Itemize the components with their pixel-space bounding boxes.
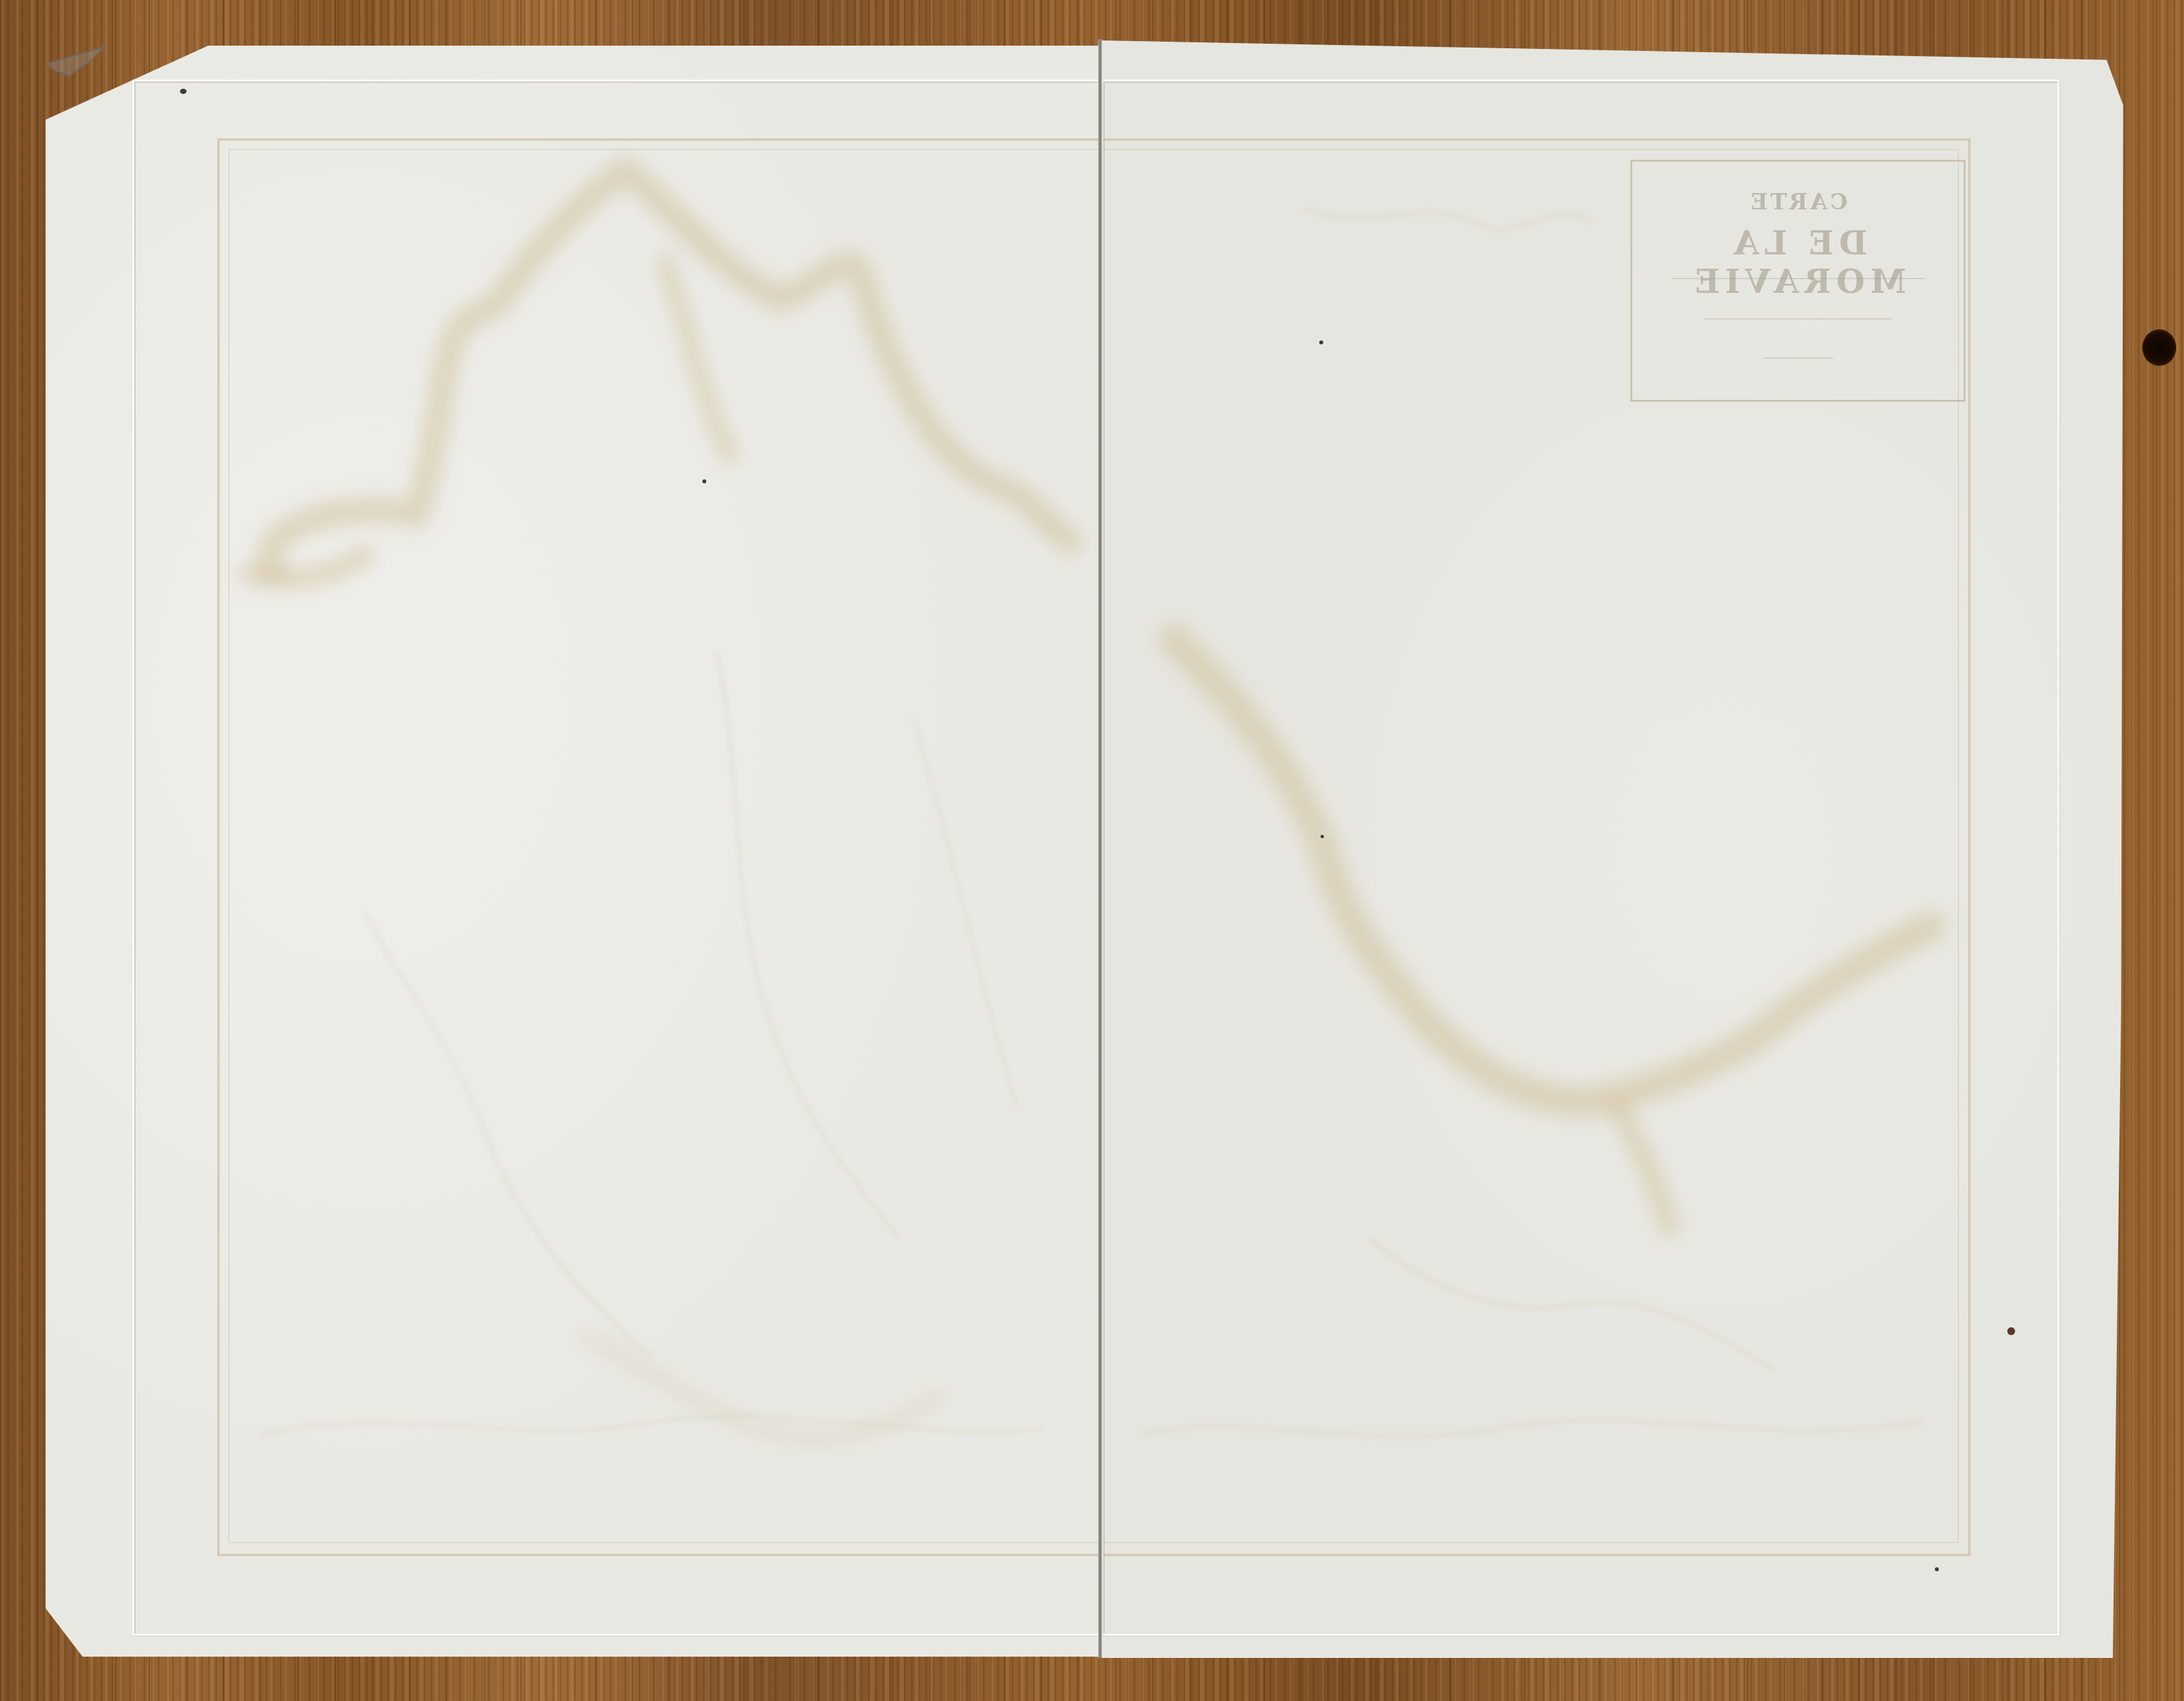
cartouche-title-line-1: CARTE: [1632, 189, 1964, 215]
paper-speck: [1935, 1567, 1939, 1571]
paper-speck: [2007, 1327, 2015, 1335]
map-border-inner-left: [228, 149, 1099, 1543]
paper-speck: [180, 89, 187, 94]
title-cartouche: CARTE DE LA MORAVIE: [1630, 160, 1966, 402]
cartouche-subtitle-line: [1671, 278, 1924, 279]
center-fold: [1098, 39, 1102, 1658]
cartouche-title-line-2: DE LA MORAVIE: [1632, 224, 1964, 301]
paper-speck: [1319, 340, 1323, 344]
paper-speck: [1321, 835, 1324, 838]
wood-knot: [2142, 329, 2176, 366]
cartouche-subtitle-line: [1704, 318, 1892, 320]
cartouche-subtitle-line: [1763, 357, 1833, 359]
paper-speck: [702, 479, 706, 483]
